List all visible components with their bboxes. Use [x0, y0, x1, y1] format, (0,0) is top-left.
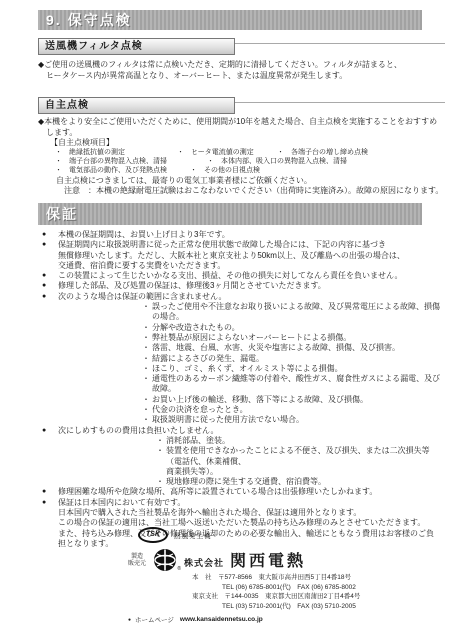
self-check-request: 自主点検につきましては、最寄りの電気工事業者様にご依頼ください。: [56, 176, 445, 186]
bullet-icon: ●: [42, 240, 58, 271]
warranty-text: 修理した部品、及び処置の保証は、修理後3ヶ月間とさせていただきます。: [58, 281, 326, 291]
company-line: 株式会社 関西電熱: [184, 548, 360, 571]
bullet-icon: ●: [42, 426, 58, 436]
warranty-text: 保証は日本国内において有効です。: [58, 498, 185, 508]
self-check-item: ・ ヒータ電流値の測定: [177, 148, 277, 157]
filter-check-body: ◆ご使用の送風機のフィルタは常に点検いただき、定期的に清掃してください。フィルタ…: [38, 60, 445, 81]
bullet-icon: ・: [142, 364, 152, 374]
bullet-icon: ・: [142, 323, 152, 333]
warranty-text: 保証期間内に取扱説明書に従った正常な使用状態で故障した場合には、下記の内容に基づ…: [58, 240, 405, 271]
bullet-icon: ●: [42, 271, 58, 281]
filter-check-heading-row: 送風機フィルタ点検: [38, 38, 445, 55]
warranty-sub-item: ・通電性のあるカーボン繊維等の付着や、酸性ガス、腐食性ガスによる漏電、及び故障。: [142, 374, 445, 395]
self-check-caution: 注意 ：本機の絶縁耐電圧試験はおこなわないでください（出荷時に実施済み）。故障の…: [64, 186, 445, 196]
heading-rule: [235, 43, 445, 44]
warranty-bullet: ●修理困難な場所や危険な場所、高所等に設置されている場合は出張修理いたしかねます…: [38, 487, 445, 497]
warranty-bullet: ●保証期間内に取扱説明書に従った正常な使用状態で故障した場合には、下記の内容に基…: [38, 240, 445, 271]
warranty-text: 代金の決済を怠ったとき。: [152, 405, 248, 415]
warranty-text: この装置によって生じたいかなる支出、損益、その他の損失に対してなんら責任を負いま…: [58, 271, 402, 281]
kansai-dennetsu-logo-icon: ®: [153, 548, 177, 572]
company-prefix: 株式会社: [184, 556, 224, 569]
warranty-sub-item: ・消耗部品、塗装。: [156, 436, 445, 446]
warranty-text: 取扱説明書に従った使用方法でない場合。: [152, 415, 304, 425]
warranty-bullet: ●本機の保証期間は、お買い上げ日より3年です。: [38, 230, 445, 240]
address-line: 東京支社 〒144-0035 東京都大田区南蒲田2丁目4番4号: [192, 592, 360, 602]
self-check-item-row: ・ 絶縁抵抗値の測定・ ヒータ電流値の測定・ 各端子台の増し締め点検: [55, 148, 445, 157]
warranty-bullet: ●保証は日本国内において有効です。: [38, 498, 445, 508]
warranty-sub-item: ・誤ったご使用や不注意なお取り扱いによる故障、及び異常電圧による故障、損傷の場合…: [142, 302, 445, 323]
warranty-sub-item: ・現地修理の際に発生する交通費、宿泊費等。: [156, 477, 445, 487]
self-check-intro: ◆本機をより安全にご使用いただくために、使用期間が10年を越えた場合、自主点検を…: [38, 117, 445, 138]
warranty-bullet: ●この装置によって生じたいかなる支出、損益、その他の損失に対してなんら責任を負い…: [38, 271, 445, 281]
tsk-brand-row: TSK 熱風発生機: [138, 528, 455, 542]
warranty-text: 誤ったご使用や不注意なお取り扱いによる故障、及び異常電圧による故障、損傷の場合。: [152, 302, 445, 323]
warranty-sub-item: ・弊社製品が原因によらないオーバーヒートによる損傷。: [142, 333, 445, 343]
self-check-item-row: ・ 端子台部の異物混入点検、清掃・ 本体内部、吸入口の異物混入点検、清掃: [55, 157, 445, 166]
bullet-icon: ・: [142, 395, 152, 405]
warranty-bullet: ●次にしめすものの費用は負担いたしません。: [38, 426, 445, 436]
self-check-item-list: ・ 絶縁抵抗値の測定・ ヒータ電流値の測定・ 各端子台の増し締め点検・ 端子台部…: [38, 148, 445, 175]
warranty-sub-item: ・代金の決済を怠ったとき。: [142, 405, 445, 415]
warranty-bullet: ●次のような場合は保証の範囲に含まれません。: [38, 292, 445, 302]
address-line: TEL (06) 6785-8001(代) FAX (06) 6785-8002: [222, 583, 360, 593]
address-line: 本 社 〒577-8566 東大阪市高井田西5丁目4番18号: [192, 573, 360, 583]
bullet-icon: ・: [156, 436, 166, 446]
warranty-text: 消耗部品、塗装。: [166, 436, 230, 446]
registered-mark: ®: [177, 566, 181, 572]
heading-rule: [235, 102, 445, 103]
homepage-label: ホームページ: [135, 615, 174, 624]
warranty-section-banner: 保証: [38, 203, 422, 225]
warranty-bullet: ●修理した部品、及び処置の保証は、修理後3ヶ月間とさせていただきます。: [38, 281, 445, 291]
filter-check-heading: 送風機フィルタ点検: [38, 38, 235, 55]
warranty-text: 弊社製品が原因によらないオーバーヒートによる損傷。: [152, 333, 351, 343]
self-check-heading-row: 自主点検: [38, 97, 445, 114]
warranty-text: 落雷、地震、台風、水害、火災や塩害による故障、損傷、及び損害。: [152, 343, 400, 353]
address-line: TEL (03) 5710-2001(代) FAX (03) 5710-2005: [222, 602, 360, 612]
warranty-text: 次のような場合は保証の範囲に含まれません。: [58, 292, 226, 302]
warranty-text: お買い上げ後の輸送、移動、落下等による故障、及び損傷。: [152, 395, 368, 405]
address-block: 本 社 〒577-8566 東大阪市高井田西5丁目4番18号TEL (06) 6…: [192, 573, 360, 611]
bullet-icon: ●: [42, 292, 58, 302]
bullet-icon: ・: [142, 405, 152, 415]
warranty-sub-item: ・結露によるさびの発生、漏電。: [142, 354, 445, 364]
bullet-icon: ●: [42, 230, 58, 240]
self-check-item-row: ・ 電気部品の動作、及び発熱点検・ その他の目視点検: [55, 166, 445, 175]
self-check-item: ・ 電気部品の動作、及び発熱点検: [55, 166, 190, 175]
bullet-icon: ・: [142, 374, 152, 395]
self-check-item: ・ 絶縁抵抗値の測定: [55, 148, 177, 157]
bullet-icon: ・: [156, 477, 166, 487]
manual-page: 9. 保守点検 送風機フィルタ点検 ◆ご使用の送風機のフィルタは常に点検いただき…: [0, 0, 455, 644]
warranty-sub-item: ・分解や改造されたもの。: [142, 323, 445, 333]
warranty-text: ほこり、ゴミ、糸くず、オイルミスト等による損傷。: [152, 364, 343, 374]
bullet-icon: ●: [128, 617, 131, 623]
warranty-sub-item: ・落雷、地震、台風、水害、火災や塩害による故障、損傷、及び損害。: [142, 343, 445, 353]
warranty-text: 本機の保証期間は、お買い上げ日より3年です。: [58, 230, 230, 240]
warranty-text: 分解や改造されたもの。: [152, 323, 240, 333]
self-check-heading: 自主点検: [38, 97, 235, 114]
warranty-text: 次にしめすものの費用は負担いたしません。: [58, 426, 218, 436]
self-check-item: ・ 各端子台の増し締め点検: [277, 148, 368, 157]
self-check-item: ・ 端子台部の異物混入点検、清掃: [55, 157, 207, 166]
warranty-text: 通電性のあるカーボン繊維等の付着や、酸性ガス、腐食性ガスによる漏電、及び故障。: [152, 374, 445, 395]
homepage-url: www.kansaidennetsu.co.jp: [180, 616, 263, 623]
bullet-icon: ・: [142, 354, 152, 364]
warranty-text: 結露によるさびの発生、漏電。: [152, 354, 264, 364]
bullet-icon: ・: [142, 302, 152, 323]
bullet-icon: ●: [42, 281, 58, 291]
maker-row: 製造 販売元 ® 株式会社 関西電熱 本 社 〒577-8566 東大阪市高井田…: [128, 548, 455, 611]
maker-info: 株式会社 関西電熱 本 社 〒577-8566 東大阪市高井田西5丁目4番18号…: [184, 548, 360, 611]
self-check-items-title: 【自主点検項目】: [50, 138, 445, 148]
warranty-text: 修理困難な場所や危険な場所、高所等に設置されている場合は出張修理いたしかねます。: [58, 487, 377, 497]
self-check-item: ・ その他の目視点検: [190, 166, 260, 175]
self-check-item: ・ 本体内部、吸入口の異物混入点検、清掃: [207, 157, 347, 166]
tsk-logo-icon: TSK: [138, 527, 168, 543]
homepage-line: ● ホームページ www.kansaidennetsu.co.jp: [128, 615, 455, 624]
bullet-icon: ●: [42, 498, 58, 508]
maintenance-section-banner: 9. 保守点検: [38, 10, 422, 30]
tsk-product-label: 熱風発生機: [174, 531, 212, 540]
bullet-icon: ・: [156, 446, 166, 477]
warranty-text: 現地修理の際に発生する交通費、宿泊費等。: [166, 477, 326, 487]
warranty-sub-item: ・ほこり、ゴミ、糸くず、オイルミスト等による損傷。: [142, 364, 445, 374]
bullet-icon: ・: [142, 333, 152, 343]
warranty-sub-item: ・装置を使用できなかったことによる不便さ、及び損失、または二次損失等（電話代、休…: [156, 446, 445, 477]
warranty-list: ●本機の保証期間は、お買い上げ日より3年です。●保証期間内に取扱説明書に従った正…: [38, 230, 445, 549]
company-name: 関西電熱: [230, 548, 306, 571]
bullet-icon: ・: [142, 343, 152, 353]
bullet-icon: ●: [42, 487, 58, 497]
bullet-icon: ・: [142, 415, 152, 425]
page-footer: TSK 熱風発生機 製造 販売元 ® 株式会社 関西電熱 本: [0, 528, 455, 624]
maker-label: 製造 販売元: [128, 554, 146, 611]
warranty-text: 装置を使用できなかったことによる不便さ、及び損失、または二次損失等（電話代、休業…: [166, 446, 445, 477]
warranty-sub-item: ・取扱説明書に従った使用方法でない場合。: [142, 415, 445, 425]
warranty-sub-item: ・お買い上げ後の輸送、移動、落下等による故障、及び損傷。: [142, 395, 445, 405]
